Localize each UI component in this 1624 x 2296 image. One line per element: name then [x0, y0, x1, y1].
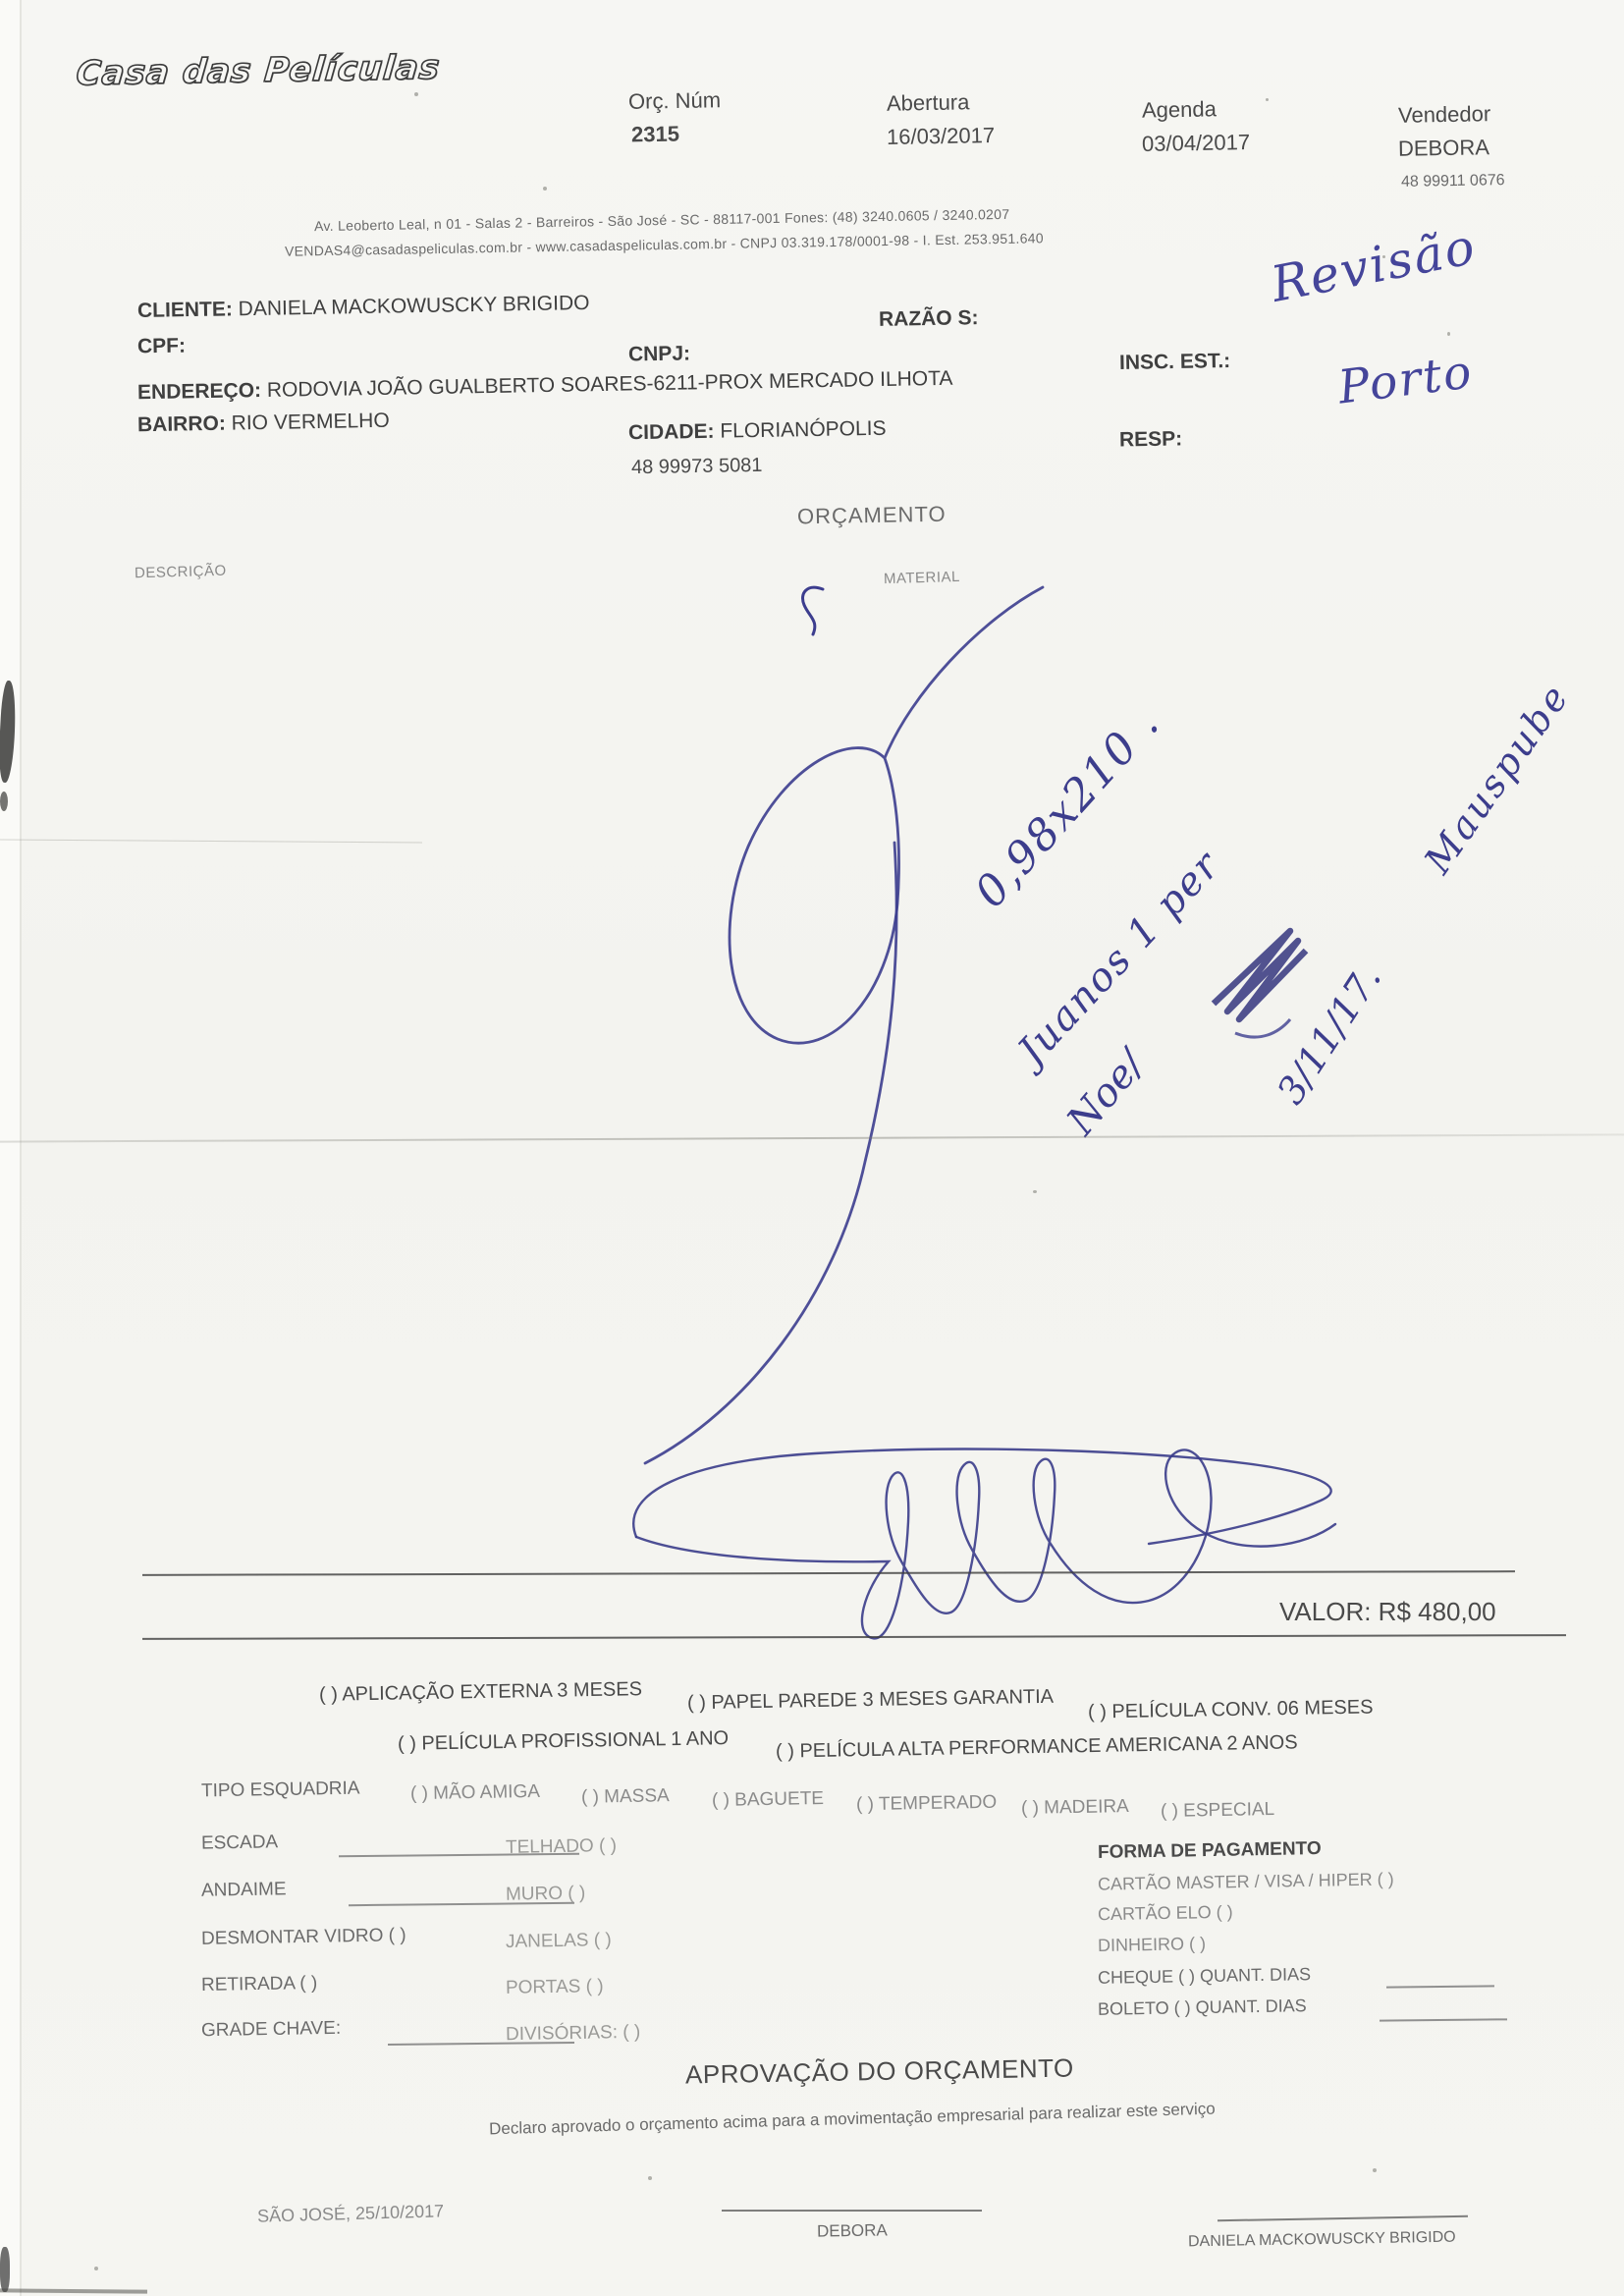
endereco-value: RODOVIA JOÃO GUALBERTO SOARES-6211-PROX …	[267, 367, 953, 402]
orc-num-value: 2315	[631, 122, 679, 148]
dust-speck	[1447, 332, 1450, 336]
service-janelas: JANELAS ( )	[506, 1930, 612, 1953]
payment-dinheiro: DINHEIRO ( )	[1098, 1934, 1206, 1956]
dust-speck	[648, 2176, 652, 2180]
scanned-budget-document: Casa das Películas Orç. Núm 2315 Abertur…	[0, 0, 1624, 2296]
dust-speck	[94, 2267, 98, 2270]
esquadria-label: TIPO ESQUADRIA	[201, 1778, 360, 1803]
cnpj-label: CNPJ:	[628, 342, 690, 366]
approval-title: APROVAÇÃO DO ORÇAMENTO	[685, 2053, 1074, 2091]
dust-speck	[1266, 98, 1269, 101]
payment-cheque: CHEQUE ( ) QUANT. DIAS	[1098, 1964, 1311, 1989]
cheque-dias-line	[1386, 1985, 1494, 1988]
service-andaime: ANDAIME	[201, 1879, 287, 1902]
handwritten-porto: Porto	[1335, 345, 1476, 414]
handwritten-revisao: Revisão	[1267, 218, 1481, 313]
service-muro: MURO ( )	[506, 1883, 586, 1905]
bairro-label: BAIRRO:	[137, 412, 226, 437]
company-address-line1: Av. Leoberto Leal, n 01 - Salas 2 - Barr…	[314, 206, 1010, 234]
service-portas: PORTAS ( )	[506, 1976, 604, 1999]
handwritten-note2: Noe/	[1058, 1042, 1154, 1143]
orc-num-label: Orç. Núm	[628, 87, 722, 115]
pen-strokes	[0, 0, 1624, 2296]
boleto-dias-line	[1380, 2018, 1507, 2021]
handwritten-note1: Juanos 1 per	[1009, 843, 1229, 1074]
bairro-value: RIO VERMELHO	[231, 410, 389, 435]
paper-edge	[20, 0, 22, 2296]
edge-mark-bottom	[0, 2288, 147, 2293]
handwritten-note3: Mauspube	[1416, 676, 1578, 882]
abertura-value: 16/03/2017	[887, 123, 996, 150]
vendedor-phone: 48 99911 0676	[1401, 172, 1505, 191]
client-phone: 48 99973 5081	[631, 455, 763, 479]
vendedor-label: Vendedor	[1398, 101, 1491, 129]
cidade-row: CIDADE: FLORIANÓPOLIS	[628, 417, 887, 446]
agenda-value: 03/04/2017	[1142, 130, 1251, 157]
agenda-label: Agenda	[1142, 96, 1217, 123]
valor-text: VALOR: R$ 480,00	[1279, 1597, 1496, 1627]
cpf-label: CPF:	[137, 335, 186, 359]
warranty-option-conv: ( ) PELÍCULA CONV. 06 MESES	[1088, 1696, 1374, 1723]
payment-title: FORMA DE PAGAMENTO	[1098, 1838, 1322, 1864]
cidade-label: CIDADE:	[628, 420, 715, 445]
cliente-row: CLIENTE: DANIELA MACKOWUSCKY BRIGIDO	[137, 292, 590, 323]
dust-speck	[414, 92, 418, 96]
fold-crease-mid	[0, 1133, 1624, 1142]
razao-label: RAZÃO S:	[879, 306, 979, 332]
service-telhado: TELHADO ( )	[506, 1835, 617, 1859]
service-escada: ESCADA	[201, 1831, 279, 1854]
resp-label: RESP:	[1119, 427, 1183, 452]
esquadria-option-especial: ( ) ESPECIAL	[1161, 1799, 1275, 1823]
service-retirada: RETIRADA ( )	[201, 1973, 318, 1996]
payment-cartao-master: CARTÃO MASTER / VISA / HIPER ( )	[1098, 1869, 1394, 1894]
ruled-line-2	[142, 1634, 1566, 1640]
cliente-label: CLIENTE:	[137, 298, 233, 322]
dust-speck	[1373, 2168, 1377, 2172]
vendedor-value: DEBORA	[1398, 135, 1489, 162]
dust-speck	[543, 187, 547, 191]
warranty-option-alta-performance: ( ) PELÍCULA ALTA PERFORMANCE AMERICANA …	[776, 1731, 1298, 1763]
footer-seller-name: DEBORA	[817, 2220, 888, 2241]
warranty-option-aplicacao: ( ) APLICAÇÃO EXTERNA 3 MESES	[319, 1678, 642, 1707]
cidade-value: FLORIANÓPOLIS	[720, 417, 887, 443]
fold-crease-left	[0, 839, 422, 843]
abertura-label: Abertura	[887, 89, 970, 116]
descricao-label: DESCRIÇÃO	[135, 563, 227, 582]
esquadria-option-baguete: ( ) BAGUETE	[712, 1788, 824, 1812]
warranty-option-papel-parede: ( ) PAPEL PAREDE 3 MESES GARANTIA	[687, 1686, 1054, 1716]
esquadria-option-madeira: ( ) MADEIRA	[1021, 1796, 1129, 1820]
material-label: MATERIAL	[884, 569, 960, 587]
endereco-row: ENDEREÇO: RODOVIA JOÃO GUALBERTO SOARES-…	[137, 367, 953, 405]
footer-client-name: DANIELA MACKOWUSCKY BRIGIDO	[1188, 2229, 1456, 2252]
client-signature-line	[1218, 2215, 1468, 2221]
service-divisorias: DIVISÓRIAS: ( )	[506, 2022, 641, 2046]
payment-cartao-elo: CARTÃO ELO ( )	[1098, 1902, 1233, 1925]
esquadria-option-temperado: ( ) TEMPERADO	[856, 1792, 998, 1816]
service-grade-chave: GRADE CHAVE:	[201, 2018, 342, 2042]
endereco-label: ENDEREÇO:	[137, 379, 261, 404]
cliente-value: DANIELA MACKOWUSCKY BRIGIDO	[238, 292, 589, 320]
company-address-line2: VENDAS4@casadaspeliculas.com.br - www.ca…	[285, 230, 1044, 258]
bairro-row: BAIRRO: RIO VERMELHO	[137, 410, 390, 437]
footer-place-date: SÃO JOSÉ, 25/10/2017	[257, 2201, 445, 2226]
company-logo: Casa das Películas	[75, 48, 442, 93]
insc-est-label: INSC. EST.:	[1119, 350, 1231, 375]
scanner-margin	[0, 0, 20, 2296]
service-desmontar-vidro: DESMONTAR VIDRO ( )	[201, 1925, 406, 1950]
payment-boleto: BOLETO ( ) QUANT. DIAS	[1098, 1995, 1307, 2020]
dust-speck	[1382, 255, 1385, 258]
seller-signature-line	[722, 2210, 982, 2212]
ruled-line-1	[142, 1570, 1515, 1576]
handwritten-measure: 0,98x210 .	[965, 698, 1169, 917]
warranty-option-profissional: ( ) PELÍCULA PROFISSIONAL 1 ANO	[398, 1727, 729, 1756]
esquadria-option-mao-amiga: ( ) MÃO AMIGA	[410, 1781, 540, 1805]
approval-declaration: Declaro aprovado o orçamento acima para …	[489, 2100, 1216, 2140]
handwritten-date: 3/11/17.	[1269, 957, 1389, 1112]
esquadria-option-massa: ( ) MASSA	[581, 1785, 670, 1809]
dust-speck	[1033, 1190, 1037, 1193]
orcamento-title: ORÇAMENTO	[797, 502, 947, 530]
